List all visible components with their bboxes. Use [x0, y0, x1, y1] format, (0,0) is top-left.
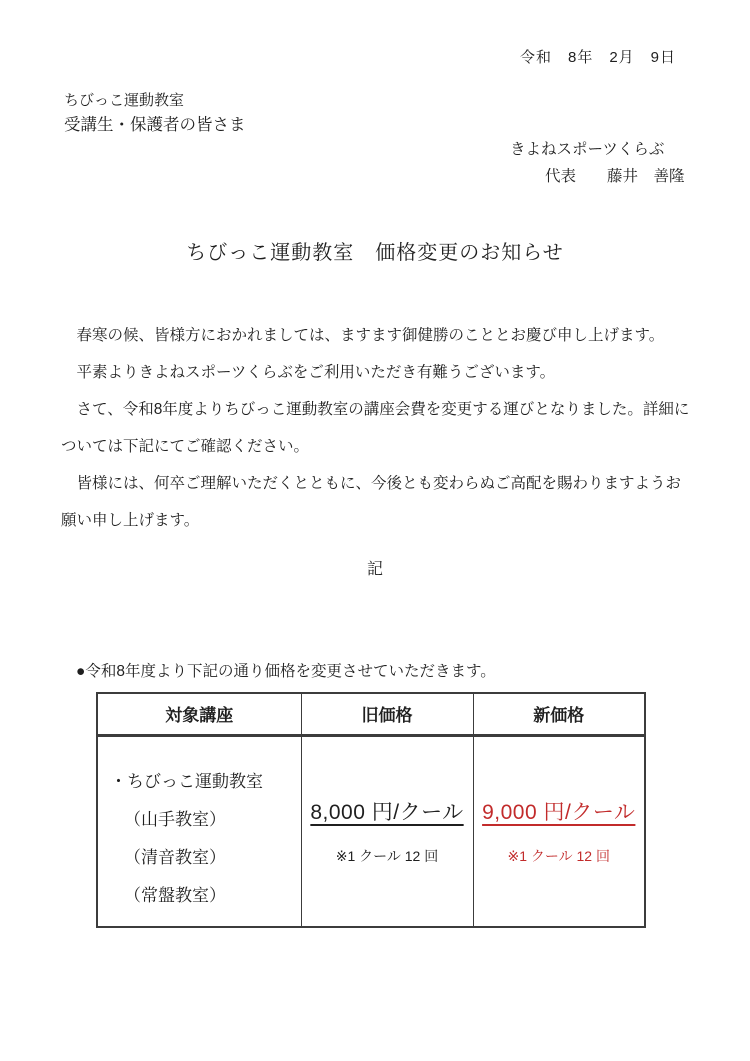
new-price-cell: 9,000 円/クール ※1 クール 12 回 — [473, 735, 645, 927]
header-old-price: 旧価格 — [301, 693, 473, 735]
course-location-yamate: （山手教室） — [110, 801, 293, 839]
price-change-bullet: ●令和8年度より下記の通り価格を変更させていただきます。 — [76, 659, 496, 681]
document-date: 令和 8年 2月 9日 — [520, 46, 676, 67]
header-new-price: 新価格 — [473, 693, 645, 735]
course-cell: ・ちびっこ運動教室 （山手教室） （清音教室） （常盤教室） — [97, 735, 301, 927]
course-location-tokiwa: （常盤教室） — [110, 877, 293, 915]
course-name: ・ちびっこ運動教室 — [110, 763, 293, 801]
table-row: ・ちびっこ運動教室 （山手教室） （清音教室） （常盤教室） 8,000 円/ク… — [97, 735, 645, 927]
sender-organization: きよねスポーツくらぶ — [510, 137, 664, 159]
body-paragraph-greeting: 春寒の候、皆様方におかれましては、ますます御健勝のこととお慶び申し上げます。 — [61, 317, 693, 354]
recipient-block: ちびっこ運動教室 受講生・保護者の皆さま — [64, 88, 246, 138]
sender-representative: 代表 藤井 善隆 — [545, 164, 685, 186]
body-paragraph-closing: 皆様には、何卒ご理解いただくとともに、今後とも変わらぬご高配を賜わりますようお願… — [61, 465, 693, 539]
old-price-cell: 8,000 円/クール ※1 クール 12 回 — [301, 735, 473, 927]
ki-record-marker: 記 — [0, 556, 750, 579]
recipient-audience: 受講生・保護者の皆さま — [64, 113, 246, 138]
course-location-kiyone: （清音教室） — [110, 839, 293, 877]
new-price-value: 9,000 円/クール — [482, 796, 635, 826]
new-price-note: ※1 クール 12 回 — [474, 846, 645, 866]
page-title: ちびっこ運動教室 価格変更のお知らせ — [0, 236, 750, 265]
table-header-row: 対象講座 旧価格 新価格 — [97, 693, 645, 735]
body-paragraph-thanks: 平素よりきよねスポーツくらぶをご利用いただき有難うございます。 — [61, 354, 693, 391]
body-paragraphs: 春寒の候、皆様方におかれましては、ますます御健勝のこととお慶び申し上げます。 平… — [61, 317, 693, 539]
price-table: 対象講座 旧価格 新価格 ・ちびっこ運動教室 （山手教室） （清音教室） （常盤… — [96, 692, 646, 928]
old-price-value: 8,000 円/クール — [310, 796, 463, 826]
body-paragraph-announcement: さて、令和8年度よりちびっこ運動教室の講座会費を変更する運びとなりました。詳細に… — [61, 391, 693, 465]
header-course: 対象講座 — [97, 693, 301, 735]
old-price-note: ※1 クール 12 回 — [302, 846, 473, 866]
recipient-course-name: ちびっこ運動教室 — [64, 88, 246, 113]
